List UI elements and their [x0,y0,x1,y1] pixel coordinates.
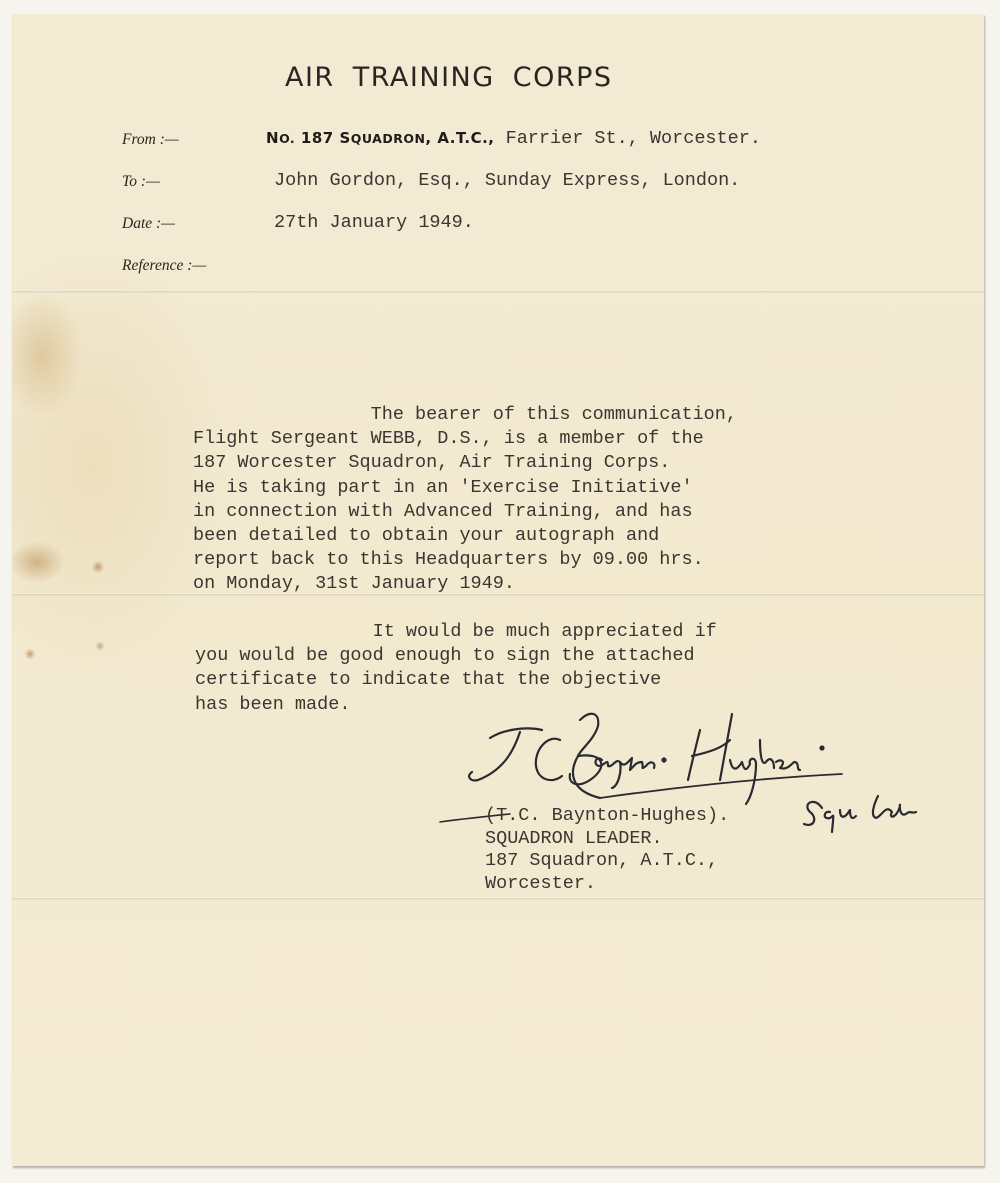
body-paragraph-1: The bearer of this communication, Flight… [193,403,873,597]
fold-line [12,897,984,900]
body-line: report back to this Headquarters by 09.0… [193,548,873,572]
signatory-location: Worcester. [485,873,729,896]
to-label: To :— [122,173,160,191]
date-value: 27th January 1949. [274,212,474,233]
body-line: you would be good enough to sign the att… [195,644,875,668]
fold-line [12,290,984,293]
letterhead-title: AIR TRAINING CORPS [285,62,613,93]
body-line: Flight Sergeant WEBB, D.S., is a member … [193,427,873,451]
from-typed-address: Farrier St., Worcester. [495,128,761,149]
body-line: on Monday, 31st January 1949. [193,572,873,596]
body-line: 187 Worcester Squadron, Air Training Cor… [193,451,873,475]
body-line: It would be much appreciated if [195,620,875,644]
from-printed-sender: NO. 187 SQUADRON, A.T.C., [266,129,495,147]
date-label: Date :— [122,215,175,233]
body-line: He is taking part in an 'Exercise Initia… [193,476,873,500]
body-line: certificate to indicate that the objecti… [195,668,875,692]
body-line: been detailed to obtain your autograph a… [193,524,873,548]
reference-label: Reference :— [122,257,206,275]
from-value: NO. 187 SQUADRON, A.T.C., Farrier St., W… [266,128,761,149]
signatory-unit: 187 Squadron, A.T.C., [485,850,729,873]
to-value: John Gordon, Esq., Sunday Express, Londo… [274,170,740,191]
from-label: From :— [122,131,179,149]
signatory-name: (T.C. Baynton-Hughes). [485,805,729,828]
signature-block: (T.C. Baynton-Hughes). SQUADRON LEADER. … [485,805,729,895]
signatory-rank: SQUADRON LEADER. [485,828,729,851]
body-line: in connection with Advanced Training, an… [193,500,873,524]
body-line: The bearer of this communication, [193,403,873,427]
